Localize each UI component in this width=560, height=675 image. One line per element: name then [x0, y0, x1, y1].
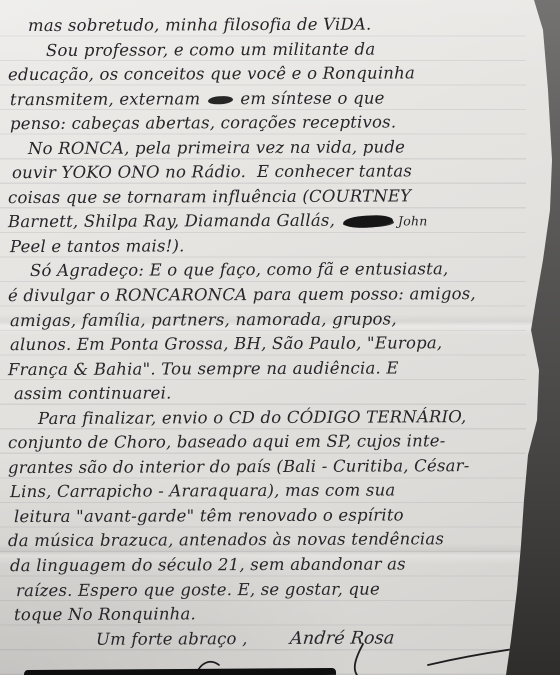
table-edge-shadow — [24, 668, 336, 675]
letter-line: da música brazuca, antenados às novas te… — [8, 527, 530, 554]
letter-line: Peel e tantos mais!). — [8, 233, 530, 260]
line-text: John — [398, 214, 428, 229]
letter-line: França & Bahia". Tou sempre na audiência… — [8, 356, 530, 383]
signature: André Rosa — [288, 626, 395, 651]
line-text: Barnett, Shilpa Ray, Diamanda Gallás, — [8, 211, 335, 231]
letter-body: mas sobretudo, minha filosofia de ViDA. … — [8, 13, 530, 651]
scribble-strikethrough-icon — [343, 214, 393, 228]
letter-line: ouvir YOKO ONO no Rádio. E conhecer tant… — [8, 159, 530, 186]
letter-line: educação, os conceitos que você e o Ronq… — [8, 61, 530, 88]
letter-photo: mas sobretudo, minha filosofia de ViDA. … — [0, 0, 560, 675]
letter-line: penso: cabeças abertas, corações recepti… — [8, 110, 530, 137]
paper-sheet: mas sobretudo, minha filosofia de ViDA. … — [0, 0, 560, 675]
letter-line: Para finalizar, envio o CD do CÓDIGO TER… — [8, 405, 530, 432]
letter-line: alunos. Em Ponta Grossa, BH, São Paulo, … — [8, 331, 530, 358]
letter-line: grantes são do interior do país (Bali - … — [8, 454, 530, 481]
letter-line: transmitem, externamem síntese o que — [8, 86, 530, 113]
line-text: transmitem, externam — [10, 89, 200, 109]
letter-line: Lins, Carrapicho - Araraquara), mas com … — [8, 478, 530, 505]
letter-line: amigas, família, partners, namorada, gru… — [8, 306, 530, 333]
letter-line: Sou professor, e como um militante da — [8, 36, 530, 63]
letter-line: mas sobretudo, minha filosofia de ViDA. — [8, 12, 530, 39]
letter-line: No RONCA, pela primeira vez na vida, pud… — [8, 135, 530, 162]
letter-line: conjunto de Choro, baseado aqui em SP, c… — [8, 429, 530, 456]
letter-line: é divulgar o RONCARONCA para quem posso:… — [8, 282, 530, 309]
letter-line: Só Agradeço: E o que faço, como fã e ent… — [8, 257, 530, 284]
line-text: em síntese o que — [240, 88, 384, 108]
letter-line: toque No Ronquinha. — [8, 601, 530, 628]
closing-line: Um forte abraço ,André Rosa — [8, 626, 530, 653]
letter-line: da linguagem do século 21, sem abandonar… — [8, 552, 530, 579]
letter-line: raízes. Espero que goste. E, se gostar, … — [8, 576, 530, 603]
letter-line: coisas que se tornaram influência (COURT… — [8, 184, 530, 211]
letter-line: Barnett, Shilpa Ray, Diamanda Gallás,Joh… — [8, 208, 530, 235]
letter-line: assim continuarei. — [8, 380, 530, 407]
closing-text: Um forte abraço , — [96, 629, 248, 649]
scribble-strikethrough-icon — [208, 95, 233, 104]
letter-line: leitura "avant-garde" têm renovado o esp… — [8, 503, 530, 530]
